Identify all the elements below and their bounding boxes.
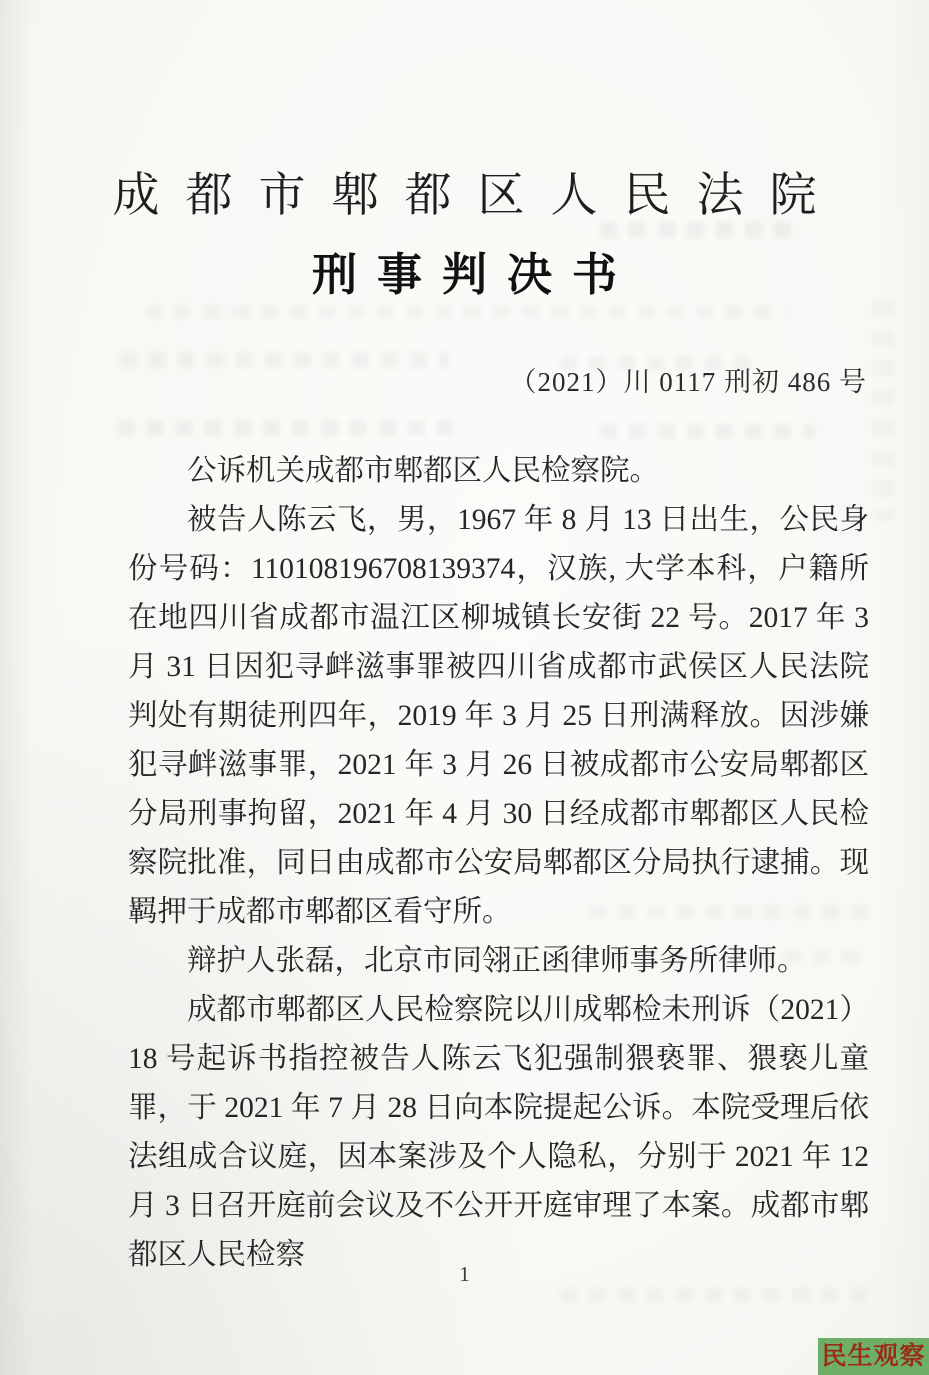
bleed-through-mark <box>145 305 785 319</box>
bleed-through-mark <box>560 1288 880 1302</box>
paragraph-indictment-procedure: 成都市郫都区人民检察院以川成郫检未刑诉（2021）18 号起诉书指控被告人陈云飞… <box>128 986 869 1280</box>
watermark-badge: 民生观察 <box>818 1338 929 1375</box>
bleed-through-mark <box>120 352 450 368</box>
bleed-through-mark <box>118 420 468 436</box>
scanned-judgment-page: 成都市郫都区人民法院 刑事判决书 （2021）川 0117 刑初 486 号 公… <box>0 0 929 1375</box>
paragraph-defense-counsel: 辩护人张磊，北京市同翎正函律师事务所律师。 <box>128 937 869 986</box>
judgment-body: 公诉机关成都市郫都区人民检察院。 被告人陈云飞，男，1967 年 8 月 13 … <box>128 447 869 1280</box>
document-type-title: 刑事判决书 <box>0 238 929 303</box>
bleed-through-mark <box>872 300 894 520</box>
paragraph-prosecution-organ: 公诉机关成都市郫都区人民检察院。 <box>128 447 869 496</box>
bleed-through-mark <box>600 424 815 439</box>
case-number: （2021）川 0117 刑初 486 号 <box>510 360 868 399</box>
page-number: 1 <box>0 1262 929 1287</box>
court-name-title: 成都市郫都区人民法院 <box>0 158 929 225</box>
paragraph-defendant-info: 被告人陈云飞，男，1967 年 8 月 13 日出生，公民身份号码：110108… <box>128 496 869 937</box>
